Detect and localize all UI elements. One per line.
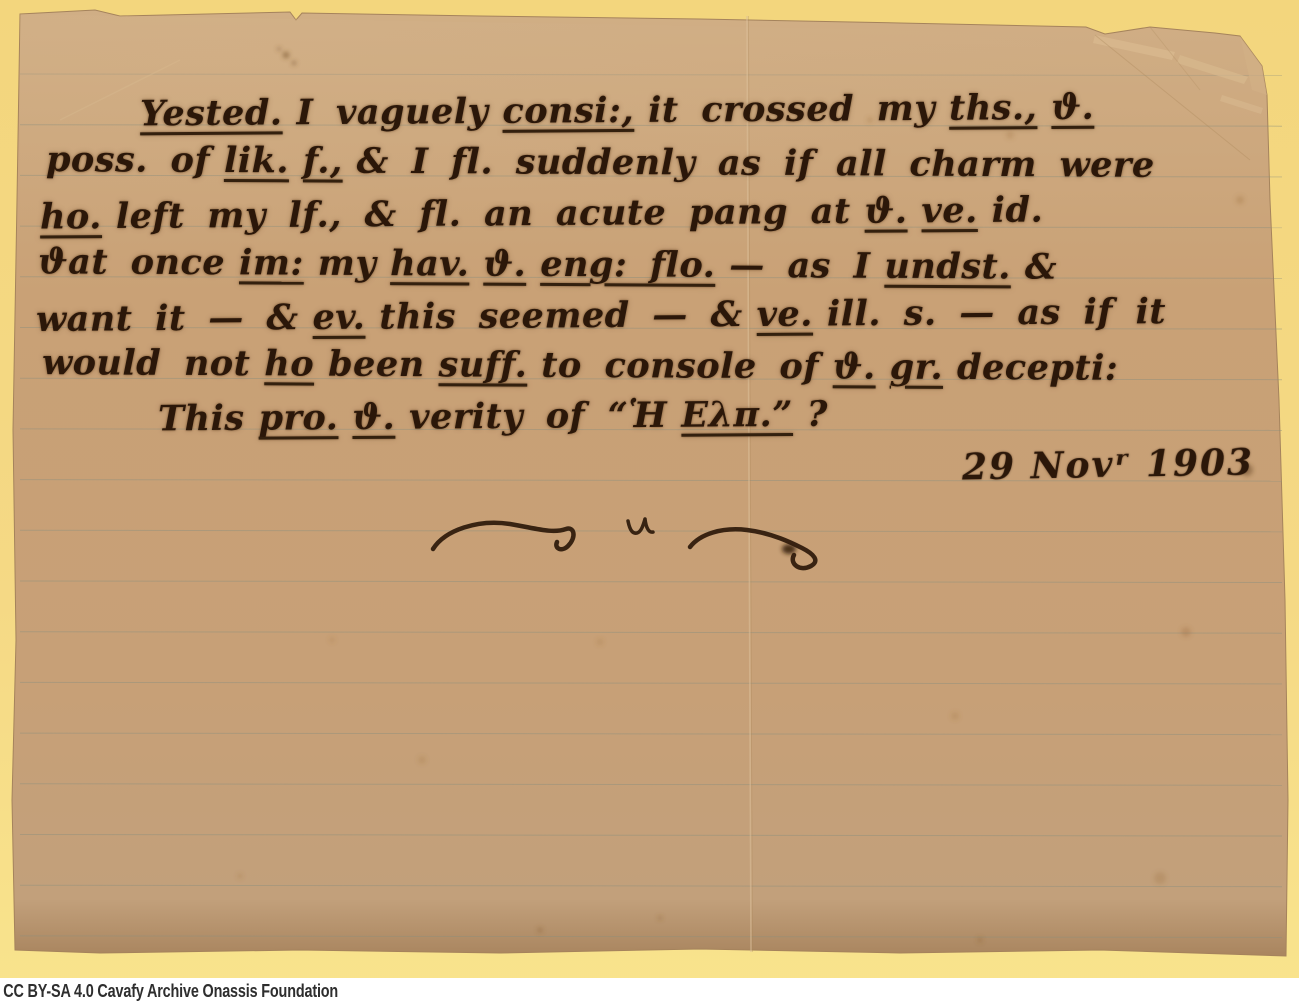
handwritten-word: ϑ.	[864, 190, 907, 231]
handwritten-word: ϑ.	[1051, 87, 1094, 128]
handwritten-word: id.	[992, 190, 1044, 231]
handwritten-word: Ελπ.”	[681, 394, 793, 436]
handwritten-word: want it — &	[36, 297, 299, 340]
handwritten-word: ve.	[921, 190, 978, 231]
handwritten-word: gr.	[890, 347, 944, 388]
handwritten-word: this seemed — &	[379, 294, 743, 338]
handwritten-word: ϑat once	[38, 241, 225, 283]
handwritten-line: would nothobeensuff.to console ofϑ.gr.de…	[42, 342, 1132, 389]
handwritten-word: ev.	[312, 297, 365, 338]
handwritten-line: ϑat onceim:myhav.ϑ.eng: flo.— as Iundst.…	[38, 241, 1071, 287]
handwritten-word: my	[318, 243, 377, 284]
handwritten-word: eng: flo.	[540, 244, 715, 286]
handwritten-word: ϑ.	[483, 244, 526, 285]
handwritten-word: poss. of	[46, 139, 210, 181]
license-credit: CC BY-SA 4.0 Cavafy Archive Onassis Foun…	[0, 981, 338, 1002]
handwritten-line: Yested.I vaguelyconsi:,it crossed myths.…	[140, 87, 1108, 135]
handwritten-word: would not	[42, 342, 251, 384]
handwritten-word: ve.	[756, 294, 813, 335]
handwritten-word: & I fl. suddenly as if all charm were	[357, 141, 1155, 186]
handwritten-word: left my lf., & fl. an acute pang at	[116, 191, 851, 237]
handwritten-word: to console of	[541, 345, 819, 387]
handwritten-word: undst.	[884, 246, 1011, 288]
handwritten-word: This	[158, 398, 245, 440]
handwritten-word: &	[1025, 246, 1057, 287]
handwritten-line: ho.left my lf., & fl. an acute pang atϑ.…	[40, 189, 1057, 237]
handwritten-word: lik.	[224, 140, 289, 181]
handwritten-word: ϑ.	[352, 397, 395, 438]
handwritten-word: it crossed my	[648, 88, 935, 131]
handwritten-word: verity of “Ἡ	[409, 395, 667, 438]
handwritten-word: consi:,	[502, 90, 634, 132]
license-bar: CC BY-SA 4.0 Cavafy Archive Onassis Foun…	[0, 978, 1299, 1005]
handwritten-word: ϑ.	[833, 346, 876, 387]
handwritten-word: hav.	[390, 243, 469, 284]
handwritten-word: im:	[239, 242, 304, 283]
handwritten-word: I vaguely	[296, 91, 488, 133]
handwritten-word: been	[328, 344, 425, 386]
handwritten-word: ill. s. — as if it	[827, 291, 1166, 334]
handwritten-word: suff.	[439, 344, 528, 385]
handwritten-word: ho.	[40, 196, 102, 237]
handwritten-word: ths.,	[949, 87, 1037, 129]
handwritten-word: pro.	[258, 397, 338, 439]
date-line: 29 Novʳ 1903	[962, 441, 1255, 488]
handwritten-line: want it — &ev.this seemed — &ve.ill. s. …	[36, 291, 1180, 340]
handwritten-word: f.,	[303, 140, 343, 181]
handwritten-word: decepti:	[957, 347, 1118, 389]
handwritten-word: ?	[807, 394, 828, 435]
handwritten-word: Yested.	[140, 92, 283, 134]
handwritten-word: — as I	[729, 245, 870, 287]
handwritten-line: poss. oflik.f.,& I fl. suddenly as if al…	[46, 139, 1169, 186]
handwritten-line: Thispro.ϑ.verity of “ἩΕλπ.”?	[158, 394, 842, 440]
document-scan: Yested.I vaguelyconsi:,it crossed myths.…	[0, 0, 1299, 1005]
handwritten-word: ho	[264, 343, 314, 384]
